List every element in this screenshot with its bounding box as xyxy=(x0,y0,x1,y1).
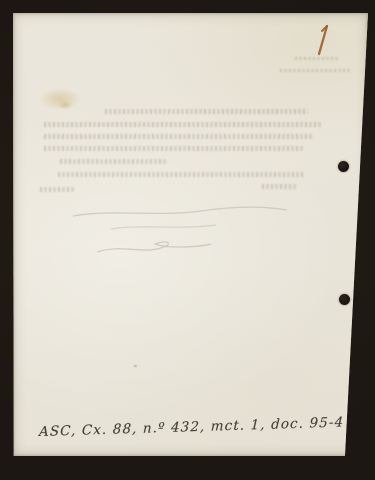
typed-text-line xyxy=(40,187,74,192)
document-page: ASC, Cx. 88, n.º 432, mct. 1, doc. 95-4 xyxy=(13,13,368,456)
typed-header-line xyxy=(295,57,340,60)
hole-punch-dot xyxy=(338,161,349,172)
signature-scrawl xyxy=(41,196,301,266)
typed-text-line xyxy=(60,159,168,164)
paper-speck xyxy=(134,365,137,367)
typed-text-line xyxy=(44,146,305,151)
typed-text-line xyxy=(262,184,298,189)
typed-text-line xyxy=(44,134,312,139)
page-number-annotation xyxy=(313,23,333,59)
typed-text-line xyxy=(44,122,322,127)
scan-background: ASC, Cx. 88, n.º 432, mct. 1, doc. 95-4 xyxy=(0,0,375,480)
typed-header-line xyxy=(280,69,352,72)
typed-text-line xyxy=(105,109,308,114)
handwritten-one-mark xyxy=(313,23,333,59)
archive-reference-note: ASC, Cx. 88, n.º 432, mct. 1, doc. 95-4 xyxy=(39,415,339,440)
hole-punch-dot xyxy=(339,294,350,305)
typed-text-line xyxy=(58,172,305,177)
